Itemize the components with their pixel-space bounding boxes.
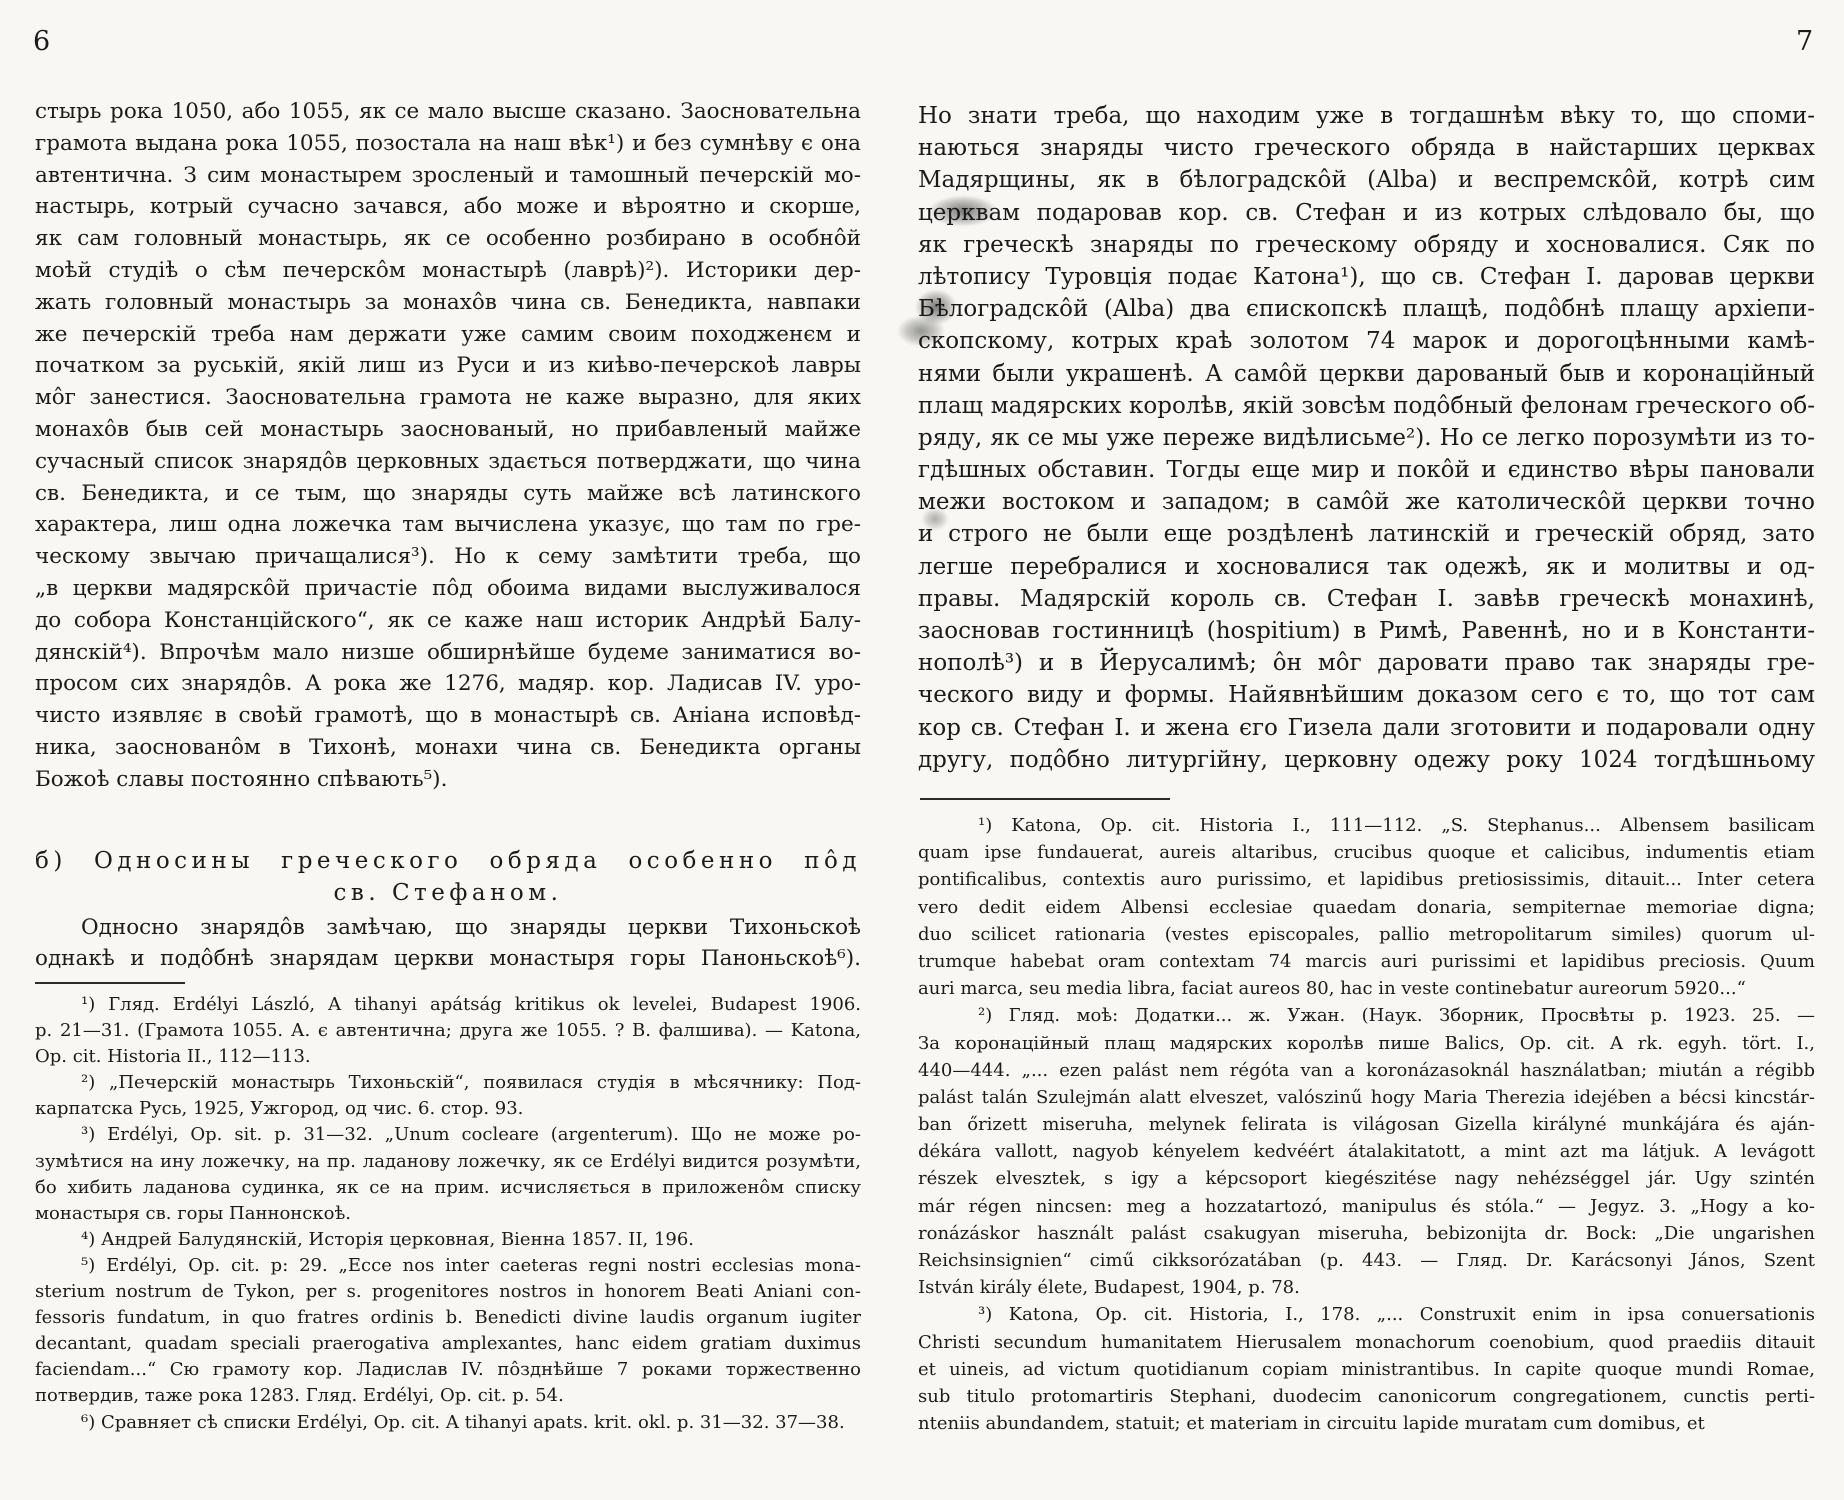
footnote-line: már régen nincsen: meg a hozzatartozó, m… [918,1193,1815,1220]
section-heading-line2: св. Стефаном. [35,877,861,909]
footnote-line: зумѣтися на ину ложечку, на пр. ладанову… [35,1149,861,1175]
footnote: ³) Katona, Op. cit. Historia, I., 178. „… [918,1301,1815,1437]
text-line: св. Бенедикта, и се тым, що знаряды суть… [35,478,861,510]
footnote-line: ²) „Печерскій монастырь Тихоньскій“, поя… [35,1070,861,1096]
footnote-line: Op. cit. Historia II., 112—113. [35,1044,861,1070]
footnote-line: ⁴) Андрей Балудянскій, Исторія церковная… [35,1227,861,1253]
footnote-line: За коронаційный плащ мадярских королѣв п… [918,1030,1815,1057]
footnote-line: ³) Erdélyi, Op. sit. p. 31—32. „Unum coc… [35,1122,861,1148]
text-line: лѣтопису Туровція подає Катона¹), що св.… [918,261,1815,293]
text-line: же печерскій треба нам держати уже самим… [35,319,861,351]
text-line: як сам головный монастырь, як се особенн… [35,223,861,255]
text-line: кор св. Стефан I. и жена єго Гизела дали… [918,712,1815,744]
left-page-number: 6 [33,26,50,57]
text-line: мôг занестися. Заосновательна грамота не… [35,382,861,414]
text-line: межи востоком и западом; в самôй же като… [918,486,1815,518]
footnote: ²) „Печерскій монастырь Тихоньскій“, поя… [35,1070,861,1122]
footnote-line: duo scilicet rationaria (vestes episcopa… [918,921,1815,948]
footnote: ⁵) Erdélyi, Op. cit. p: 29. „Ecce nos in… [35,1253,861,1410]
footnote-line: részek elvesztek, s igy a képcsoport kie… [918,1165,1815,1192]
footnote-line: карпатска Русь, 1925, Ужгород, од чис. 6… [35,1096,861,1122]
text-line: заосновав гостинницѣ (hospitium) в Римѣ,… [918,615,1815,647]
text-line: чисто изявляє в своѣй грамотѣ, що в мона… [35,700,861,732]
footnote: ⁴) Андрей Балудянскій, Исторія церковная… [35,1227,861,1253]
text-line: ника, заоснованôм в Тихонѣ, монахи чина … [35,732,861,764]
footnote-line: монастыря св. горы Паннонскоѣ. [35,1201,861,1227]
text-line: автентична. З сим монастырем зросленый и… [35,160,861,192]
footnote-line: fessoris fundatum, in quo fratres ordini… [35,1305,861,1331]
footnote-line: trumque habebat oram contextam 74 marcis… [918,948,1815,975]
footnote-line: Reichsinsignien“ cimű cikksorózatában (p… [918,1247,1815,1274]
text-line: плащ мадярских королѣв, якій зовсѣм подô… [918,390,1815,422]
text-line: початком за руській, якій лиш из Руси и … [35,350,861,382]
text-line: Божоѣ славы постоянно спѣвають⁵). [35,764,861,796]
section-heading-line1: б) Односины греческого обряда особенно п… [35,845,861,877]
text-line: просом сих знарядôв. А рока же 1276, мад… [35,668,861,700]
footnote-line: ²) Гляд. моѣ: Додатки... ж. Ужан. (Наук.… [918,1002,1815,1029]
footnote: ⁶) Сравняет сѣ списки Erdélyi, Op. cit. … [35,1410,861,1436]
footnote-separator [920,798,1170,800]
text-line: наються знаряды чисто греческого обряда … [918,132,1815,164]
text-line: другу, подôбно литургійну, церковну одеж… [918,744,1815,776]
footnote-line: ban őrizett miseruha, melynek felirata i… [918,1111,1815,1138]
footnote-line: ⁶) Сравняет сѣ списки Erdélyi, Op. cit. … [35,1410,861,1436]
text-line: сучасный список знарядôв церковных здаєт… [35,446,861,478]
footnote-line: ⁵) Erdélyi, Op. cit. p: 29. „Ecce nos in… [35,1253,861,1279]
footnote-line: et uineis, ad victum quotidianum copiam … [918,1356,1815,1383]
footnote-line: потвердив, таже рока 1283. Гляд. Erdélyi… [35,1383,861,1409]
text-line: ческому звычаю причащалися³). Но к сему … [35,541,861,573]
text-line: нями были украшенѣ. А самôй церкви даров… [918,358,1815,390]
text-line: Но знати треба, що находим уже в тогдашн… [918,100,1815,132]
text-line: гдѣшных обставин. Тогды еще мир и покôй … [918,454,1815,486]
footnote-line: nteniis abundandem, statuit; et materiam… [918,1410,1815,1437]
text-line: скопскому, котрых краѣ золотом 74 марок … [918,325,1815,357]
footnote-line: ronázáskor használt palást csakugyan mis… [918,1220,1815,1247]
footnote-line: vero dedit eidem Albensi ecclesiae quaed… [918,894,1815,921]
text-line: и строго не были еще роздѣленѣ латинскій… [918,518,1815,550]
left-page-footnotes: ¹) Гляд. Erdélyi László, A tihanyi apáts… [35,992,861,1436]
footnote-line: István király élete, Budapest, 1904, p. … [918,1274,1815,1301]
right-page-footnotes: ¹) Katona, Op. cit. Historia I., 111—112… [918,812,1815,1437]
footnote-line: dékára vallott, nagyob kényelem kedvéért… [918,1138,1815,1165]
footnote-separator [35,982,185,984]
text-line: характера, лиш одна ложечка там вычислен… [35,509,861,541]
text-line: монахôв быв сей монастырь заоснованый, н… [35,414,861,446]
footnote-line: decantant, quadam speciali praerogativa … [35,1331,861,1357]
text-line: як греческѣ знаряды по греческому обряду… [918,229,1815,261]
footnote-line: palást talán Szulejmán alatt elveszet, v… [918,1084,1815,1111]
footnote-line: 440—444. „... ezen palást nem régóta van… [918,1057,1815,1084]
text-line: церквам подаровав кор. св. Стефан и из к… [918,197,1815,229]
text-line: Односно знарядôв замѣчаю, що знаряды цер… [35,913,861,944]
footnote-line: faciendam...“ Сю грамоту кор. Ладислав I… [35,1357,861,1383]
text-line: моѣй студіѣ о сѣм печерскôм монастырѣ (л… [35,255,861,287]
text-line: Бѣлоградскôй (Alba) два єпископскѣ плащѣ… [918,293,1815,325]
footnote: ²) Гляд. моѣ: Додатки... ж. Ужан. (Наук.… [918,1002,1815,1301]
text-line: Мадярщины, як в бѣлоградскôй (Alba) и ве… [918,164,1815,196]
right-page-number: 7 [1796,26,1813,57]
text-line: „в церкви мадярскôй причастіе пôд обоима… [35,573,861,605]
footnote-line: ¹) Гляд. Erdélyi László, A tihanyi apáts… [35,992,861,1018]
book-spread-scan: 6 7 стырь рока 1050, або 1055, як се мал… [0,0,1844,1500]
text-line: правы. Мадярскій король св. Стефан I. за… [918,583,1815,615]
text-line: до собора Констанційского“, як се каже н… [35,605,861,637]
text-line: дянскій⁴). Впрочѣм мало низше обширнѣйше… [35,637,861,669]
text-line: стырь рока 1050, або 1055, як се мало вы… [35,96,861,128]
text-line: настырь, котрый сучасно зачався, або мож… [35,191,861,223]
text-line: однакѣ и подôбнѣ знарядам церкви монасты… [35,944,861,975]
section-heading: б) Односины греческого обряда особенно п… [35,845,861,909]
text-line: грамота выдана рока 1055, позостала на н… [35,128,861,160]
text-line: нополѣ³) и в Йерусалимѣ; ôн мôг даровати… [918,647,1815,679]
footnote-line: ¹) Katona, Op. cit. Historia I., 111—112… [918,812,1815,839]
footnote-line: бо хибить ладанова судинка, як се на при… [35,1175,861,1201]
footnote-line: auri marca, seu media libra, faciat aure… [918,975,1815,1002]
footnote-line: sterium nostrum de Tykon, per s. progeni… [35,1279,861,1305]
left-page-body-text: стырь рока 1050, або 1055, як се мало вы… [35,96,861,796]
footnote-line: sub titulo protomartiris Stephani, duode… [918,1383,1815,1410]
footnote: ¹) Katona, Op. cit. Historia I., 111—112… [918,812,1815,1002]
footnote-line: pontificalibus, contextis auro purissimo… [918,866,1815,893]
footnote: ³) Erdélyi, Op. sit. p. 31—32. „Unum coc… [35,1122,861,1226]
footnote-line: ³) Katona, Op. cit. Historia, I., 178. „… [918,1301,1815,1328]
footnote: ¹) Гляд. Erdélyi László, A tihanyi apáts… [35,992,861,1070]
text-line: легше перебралися и хосновалися так одеж… [918,551,1815,583]
footnote-line: Christi secundum humanitatem Hierusalem … [918,1329,1815,1356]
footnote-line: quam ipse fundauerat, aureis altaribus, … [918,839,1815,866]
text-line: ческого виду и формы. Найявнѣйшим доказо… [918,679,1815,711]
left-page-paragraph: Односно знарядôв замѣчаю, що знаряды цер… [35,913,861,974]
footnote-line: p. 21—31. (Грамота 1055. А. є автентична… [35,1018,861,1044]
right-page-body-text: Но знати треба, що находим уже в тогдашн… [918,100,1815,776]
text-line: ряду, як се мы уже переже видѣлисьме²). … [918,422,1815,454]
text-line: жать головный монастырь за монахôв чина … [35,287,861,319]
